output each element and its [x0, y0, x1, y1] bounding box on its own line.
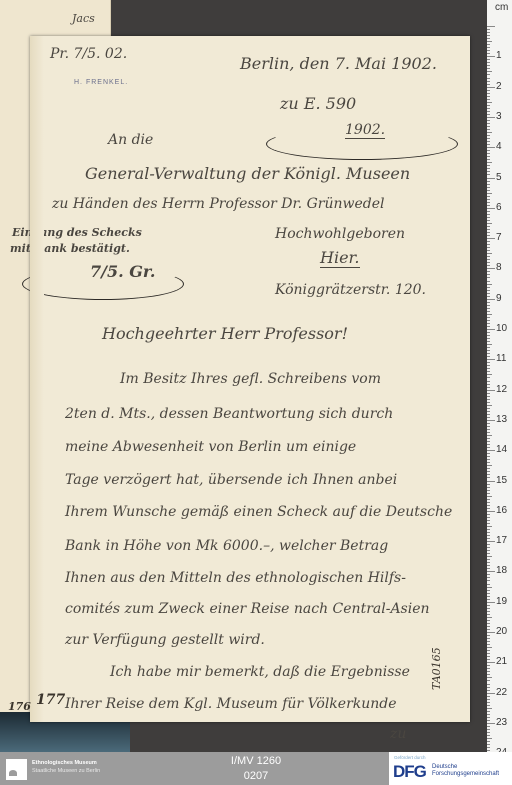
ruler-tick: [487, 423, 490, 424]
dfg-logo-icon: DFG: [393, 762, 426, 782]
receipt-note: Pr. 7/5. 02.: [50, 46, 127, 62]
ruler-tick: [487, 29, 490, 30]
ruler-tick: [487, 302, 490, 303]
previous-page-fragment: Jacs: [72, 12, 95, 25]
ruler-tick: [487, 223, 492, 224]
ruler-tick: [487, 605, 490, 606]
ruler-tick: [487, 426, 490, 427]
ruler-tick: [487, 211, 490, 212]
ruler-tick: [487, 635, 490, 636]
ruler-tick: [487, 508, 490, 509]
body-line: Tage verzögert hat, übersende ich Ihnen …: [65, 472, 397, 488]
ruler-tick: [487, 308, 490, 309]
ruler-tick: [487, 277, 490, 278]
ruler-label: 21: [496, 656, 507, 667]
ruler-label: 10: [496, 323, 507, 334]
margin-note-line-1: Eingang des Schecks: [12, 226, 142, 239]
ruler-tick: [487, 199, 490, 200]
ruler-tick: [487, 350, 490, 351]
catchword: zu: [390, 726, 406, 742]
ruler-tick: [487, 205, 490, 206]
ruler-tick: [487, 105, 490, 106]
ruler-tick: [487, 638, 490, 639]
ruler-tick: [487, 553, 490, 554]
ruler-tick: [487, 320, 490, 321]
ruler-tick: [487, 405, 492, 406]
ruler-tick: [487, 408, 490, 409]
ruler-tick: [487, 147, 495, 148]
ruler-tick: [487, 747, 490, 748]
ruler-tick: [487, 68, 490, 69]
ruler-tick: [487, 338, 490, 339]
ruler-tick: [487, 665, 490, 666]
ruler-tick: [487, 250, 490, 251]
ruler-label: 8: [496, 262, 502, 273]
ruler-tick: [487, 726, 490, 727]
ruler-tick: [487, 474, 490, 475]
ruler-tick: [487, 368, 490, 369]
ruler-tick: [487, 171, 490, 172]
ruler-tick: [487, 641, 490, 642]
folio-previous: 176: [8, 700, 31, 713]
ruler-label: 7: [496, 232, 502, 243]
ruler-tick: [487, 541, 495, 542]
margin-note-line-2: mit Dank bestätigt.: [10, 242, 130, 255]
ruler-tick: [487, 599, 490, 600]
ruler-tick: [487, 565, 490, 566]
ruler-tick: [487, 141, 490, 142]
ruler-tick: [487, 626, 490, 627]
ruler-tick: [487, 484, 490, 485]
ruler-tick: [487, 705, 490, 706]
ruler-tick: [487, 329, 495, 330]
ruler-tick: [487, 220, 490, 221]
ruler-tick: [487, 108, 490, 109]
ruler-tick: [487, 274, 490, 275]
ruler-tick: [487, 741, 490, 742]
address-line-4: Hochwohlgeboren: [275, 226, 405, 242]
ruler-tick: [487, 590, 490, 591]
previous-page-strip: [0, 0, 33, 712]
ruler-tick: [487, 529, 490, 530]
ruler-tick: [487, 84, 490, 85]
ruler-tick: [487, 341, 490, 342]
body-line: comités zum Zweck einer Reise nach Centr…: [65, 601, 430, 617]
ruler-tick: [487, 384, 490, 385]
ruler-tick: [487, 374, 492, 375]
ruler-tick: [487, 447, 490, 448]
ruler-tick: [487, 538, 490, 539]
ruler-label: 16: [496, 505, 507, 516]
ruler-tick: [487, 281, 490, 282]
ruler-tick: [487, 232, 490, 233]
ruler-tick: [487, 444, 490, 445]
ruler-label: 20: [496, 626, 507, 637]
ruler-tick: [487, 623, 490, 624]
ruler-tick: [487, 487, 490, 488]
ruler-tick: [487, 111, 490, 112]
ruler-tick: [487, 659, 490, 660]
ruler-tick: [487, 684, 490, 685]
funder-name: Deutsche Forschungsgemeinschaft: [432, 764, 499, 778]
ruler-label: 22: [496, 687, 507, 698]
ruler-tick: [487, 202, 490, 203]
ruler-label: 23: [496, 717, 507, 728]
place-date: Berlin, den 7. Mai 1902.: [240, 54, 437, 73]
ruler-tick: [487, 268, 495, 269]
reference-number: zu E. 590: [280, 94, 356, 113]
ruler-tick: [487, 59, 490, 60]
ruler-tick: [487, 420, 495, 421]
ruler-tick: [487, 562, 490, 563]
ruler-tick: [487, 735, 490, 736]
ruler-tick: [487, 453, 490, 454]
ruler-tick: [487, 74, 490, 75]
ruler-tick: [487, 81, 490, 82]
previous-page-top: Jacs: [32, 0, 111, 38]
ruler-tick: [487, 371, 490, 372]
ruler-unit: cm: [495, 2, 508, 13]
ruler-label: 19: [496, 596, 507, 607]
ruler-tick: [487, 435, 492, 436]
ruler-tick: [487, 496, 492, 497]
ruler-tick: [487, 680, 490, 681]
ruler-tick: [487, 114, 490, 115]
ruler-tick: [487, 150, 490, 151]
ruler-label: 1: [496, 50, 502, 61]
ruler-label: 11: [496, 353, 506, 364]
ruler-tick: [487, 490, 490, 491]
ruler-tick: [487, 50, 490, 51]
ruler-tick: [487, 299, 495, 300]
ruler-tick: [487, 587, 492, 588]
ruler-tick: [487, 396, 490, 397]
ruler-tick: [487, 293, 490, 294]
ruler-tick: [487, 514, 490, 515]
ruler-tick: [487, 674, 490, 675]
ruler-tick: [487, 459, 490, 460]
ruler-tick: [487, 87, 495, 88]
ruler-tick: [487, 347, 490, 348]
ruler-tick: [487, 450, 495, 451]
ruler-label: 5: [496, 172, 502, 183]
body-line: Ihnen aus den Mitteln des ethnologischen…: [65, 570, 406, 586]
ruler-tick: [487, 677, 492, 678]
ruler-tick: [487, 671, 490, 672]
ruler-tick: [487, 720, 490, 721]
ruler-tick: [487, 153, 490, 154]
ruler-tick: [487, 53, 490, 54]
ruler-tick: [487, 544, 490, 545]
ruler-tick: [487, 35, 490, 36]
ruler-tick: [487, 571, 495, 572]
body-line: Ihrem Wunsche gemäß einen Scheck auf die…: [65, 504, 452, 520]
ruler-tick: [487, 65, 490, 66]
address-line-1: An die: [108, 132, 153, 148]
ruler-tick: [487, 47, 490, 48]
ruler-tick: [487, 414, 490, 415]
ruler-tick: [487, 432, 490, 433]
ruler-tick: [487, 38, 490, 39]
ruler-tick: [487, 732, 490, 733]
ruler-tick: [487, 620, 490, 621]
body-line: Ihrer Reise dem Kgl. Museum für Völkerku…: [65, 696, 397, 712]
ruler-tick: [487, 441, 490, 442]
ruler-tick: [487, 241, 490, 242]
ruler-tick: [487, 359, 495, 360]
ruler-tick: [487, 402, 490, 403]
ruler-tick: [487, 390, 495, 391]
ruler-tick: [487, 193, 492, 194]
funding-label: Gefördert durch: [394, 755, 426, 760]
ruler-tick: [487, 165, 490, 166]
ruler-tick: [487, 738, 492, 739]
ruler-label: 9: [496, 293, 502, 304]
ruler-tick: [487, 229, 490, 230]
ruler-tick: [487, 326, 490, 327]
ruler-tick: [487, 317, 490, 318]
ruler-tick: [487, 650, 490, 651]
ruler-tick: [487, 78, 490, 79]
ruler-tick: [487, 653, 490, 654]
ruler-tick: [487, 611, 490, 612]
ruler-label: 6: [496, 202, 502, 213]
ruler-tick: [487, 629, 490, 630]
ruler-tick: [487, 102, 492, 103]
ruler-tick: [487, 214, 490, 215]
address-street: Königgrätzerstr. 120.: [275, 282, 426, 298]
ruler-tick: [487, 708, 492, 709]
ruler-tick: [487, 353, 490, 354]
ruler-tick: [487, 644, 490, 645]
ruler-tick: [487, 56, 495, 57]
ruler-tick: [487, 226, 490, 227]
ruler-tick: [487, 744, 490, 745]
ruler-tick: [487, 456, 490, 457]
ruler-tick: [487, 574, 490, 575]
ruler-tick: [487, 181, 490, 182]
address-line-2: General-Verwaltung der Königl. Museen: [85, 164, 410, 183]
ruler-tick: [487, 138, 490, 139]
ruler-tick: [487, 617, 492, 618]
ruler-tick: [487, 477, 490, 478]
address-line-5: Hier.: [320, 248, 360, 268]
ruler-tick: [487, 526, 492, 527]
ruler-label: 12: [496, 384, 507, 395]
archive-stamp: TA0165: [430, 647, 443, 690]
ruler-tick: [487, 647, 492, 648]
ruler-tick: [487, 608, 490, 609]
ruler-tick: [487, 535, 490, 536]
ruler-tick: [487, 550, 490, 551]
ruler-tick: [487, 462, 490, 463]
ruler-tick: [487, 750, 490, 751]
ruler-tick: [487, 656, 490, 657]
ruler-tick: [487, 438, 490, 439]
ruler-tick: [487, 511, 495, 512]
ruler-tick: [487, 468, 490, 469]
ruler-tick: [487, 26, 495, 27]
ruler-tick: [487, 429, 490, 430]
ruler-tick: [487, 117, 495, 118]
ruler-tick: [487, 265, 490, 266]
ruler-tick: [487, 71, 492, 72]
ruler-tick: [487, 262, 490, 263]
margin-note-oval: [22, 268, 184, 300]
ruler-tick: [487, 90, 490, 91]
ruler-tick: [487, 711, 490, 712]
ruler-tick: [487, 729, 490, 730]
ruler-label: 2: [496, 81, 502, 92]
ruler-tick: [487, 723, 495, 724]
ruler-tick: [487, 238, 495, 239]
ruler-tick: [487, 271, 490, 272]
ruler-tick: [487, 399, 490, 400]
ruler-tick: [487, 417, 490, 418]
ruler-tick: [487, 502, 490, 503]
ruler-tick: [487, 244, 490, 245]
ruler-tick: [487, 377, 490, 378]
salutation: Hochgeehrter Herr Professor!: [102, 324, 348, 343]
ruler-tick: [487, 32, 490, 33]
cm-ruler: cm 1234567891011121314151617181920212223…: [487, 0, 512, 752]
ruler-tick: [487, 256, 490, 257]
ruler-tick: [487, 580, 490, 581]
ruler-tick: [487, 93, 490, 94]
body-line: Im Besitz Ihres gefl. Schreibens vom: [120, 371, 381, 387]
ruler-tick: [487, 62, 490, 63]
ruler-tick: [487, 129, 490, 130]
ruler-tick: [487, 465, 492, 466]
ruler-tick: [487, 556, 492, 557]
ruler-tick: [487, 208, 495, 209]
ruler-tick: [487, 393, 490, 394]
ruler-tick: [487, 259, 490, 260]
ruler-tick: [487, 523, 490, 524]
letter-page: Pr. 7/5. 02. H. FRENKEL. Berlin, den 7. …: [30, 36, 470, 722]
ruler-tick: [487, 584, 490, 585]
ruler-tick: [487, 290, 490, 291]
ruler-tick: [487, 362, 490, 363]
ruler-tick: [487, 126, 490, 127]
ruler-tick: [487, 668, 490, 669]
ruler-tick: [487, 690, 490, 691]
letterhead-stamp: H. FRENKEL.: [74, 79, 128, 86]
ruler-tick: [487, 217, 490, 218]
ruler-tick: [487, 156, 490, 157]
ruler-tick: [487, 174, 490, 175]
ruler-tick: [487, 614, 490, 615]
ruler-label: 18: [496, 565, 507, 576]
ruler-tick: [487, 323, 490, 324]
ruler-tick: [487, 162, 492, 163]
funder-name-line-2: Forschungsgemeinschaft: [432, 771, 499, 778]
ruler-tick: [487, 123, 490, 124]
ruler-tick: [487, 493, 490, 494]
ruler-label: 3: [496, 111, 502, 122]
ruler-tick: [487, 159, 490, 160]
ruler-tick: [487, 381, 490, 382]
ruler-tick: [487, 311, 490, 312]
ruler-tick: [487, 178, 495, 179]
body-line: Ich habe mir bemerkt, daß die Ergebnisse: [110, 664, 410, 680]
ruler-tick: [487, 332, 490, 333]
ruler-tick: [487, 144, 490, 145]
ruler-tick: [487, 184, 490, 185]
ruler-tick: [487, 517, 490, 518]
ruler-tick: [487, 120, 490, 121]
ruler-tick: [487, 702, 490, 703]
ruler-tick: [487, 411, 490, 412]
body-line: meine Abwesenheit von Berlin um einige: [65, 439, 356, 455]
ruler-tick: [487, 577, 490, 578]
ruler-tick: [487, 499, 490, 500]
ruler-label: 15: [496, 475, 507, 486]
ruler-tick: [487, 696, 490, 697]
body-line: Bank in Höhe von Mk 6000.–, welcher Betr…: [65, 538, 388, 554]
body-line: zur Verfügung gestellt wird.: [65, 632, 265, 648]
ruler-tick: [487, 356, 490, 357]
ruler-tick: [487, 132, 492, 133]
reference-oval: [266, 128, 458, 160]
ruler-label: 13: [496, 414, 507, 425]
ruler-tick: [487, 135, 490, 136]
ruler-tick: [487, 96, 490, 97]
ruler-tick: [487, 168, 490, 169]
ruler-tick: [487, 296, 490, 297]
ruler-tick: [487, 365, 490, 366]
ruler-tick: [487, 190, 490, 191]
ruler-tick: [487, 596, 490, 597]
ruler-tick: [487, 471, 490, 472]
ruler-tick: [487, 44, 490, 45]
ruler-tick: [487, 714, 490, 715]
address-line-3: zu Händen des Herrn Professor Dr. Grünwe…: [52, 196, 385, 212]
ruler-label: 14: [496, 444, 507, 455]
ruler-tick: [487, 505, 490, 506]
ruler-label: 17: [496, 535, 507, 546]
ruler-tick: [487, 632, 495, 633]
funder-panel: Gefördert durch DFG Deutsche Forschungsg…: [389, 752, 512, 785]
body-line: 2ten d. Mts., dessen Beantwortung sich d…: [65, 406, 393, 422]
ruler-tick: [487, 344, 492, 345]
ruler-tick: [487, 699, 490, 700]
ruler-tick: [487, 99, 490, 100]
funder-name-line-1: Deutsche: [432, 764, 499, 771]
ruler-tick: [487, 481, 495, 482]
ruler-tick: [487, 687, 490, 688]
ruler-tick: [487, 335, 490, 336]
ruler-tick: [487, 235, 490, 236]
ruler-tick: [487, 520, 490, 521]
ruler-tick: [487, 602, 495, 603]
ruler-tick: [487, 247, 490, 248]
ruler-tick: [487, 287, 490, 288]
ruler-tick: [487, 559, 490, 560]
ruler-tick: [487, 314, 492, 315]
folio-current: 177: [36, 692, 65, 708]
ruler-tick: [487, 593, 490, 594]
ruler-tick: [487, 662, 495, 663]
ruler-tick: [487, 387, 490, 388]
ruler-tick: [487, 284, 492, 285]
ruler-tick: [487, 547, 490, 548]
ruler-tick: [487, 693, 495, 694]
ruler-tick: [487, 196, 490, 197]
ruler-tick: [487, 41, 492, 42]
ruler-tick: [487, 253, 492, 254]
ruler-tick: [487, 532, 490, 533]
